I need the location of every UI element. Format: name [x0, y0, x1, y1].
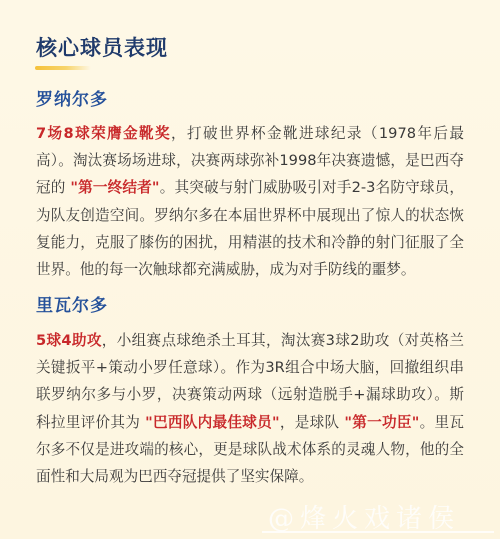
article-card: 核心球员表现 罗纳尔多 7场8球荣膺金靴奖，打破世界杯金靴进球纪录（1978年后… — [0, 0, 500, 539]
page-title: 核心球员表现 — [36, 34, 168, 62]
quote-highlight: "第一功臣" — [344, 414, 419, 431]
section-paragraph-ronaldo: 7场8球荣膺金靴奖，打破世界杯金靴进球纪录（1978年后最高）。淘汰赛场场进球，… — [36, 120, 464, 283]
section-heading-rivaldo: 里瓦尔多 — [36, 294, 108, 318]
section-paragraph-rivaldo: 5球4助攻，小组赛点球绝杀土耳其，淘汰赛3球2助攻（对英格兰关键扳平+策动小罗任… — [36, 327, 464, 490]
title-underline-accent — [35, 66, 91, 70]
paragraph-text: ，是球队 — [280, 414, 345, 431]
watermark: @烽火戏诸侯 — [268, 498, 460, 535]
stat-highlight: 7场8球荣膺金靴奖 — [36, 125, 171, 142]
watermark-underline — [262, 531, 494, 533]
quote-highlight: "巴西队内最佳球员" — [145, 414, 280, 431]
stat-highlight: 5球4助攻 — [36, 332, 102, 349]
quote-highlight: "第一终结者" — [70, 179, 159, 196]
section-heading-ronaldo: 罗纳尔多 — [36, 88, 108, 112]
